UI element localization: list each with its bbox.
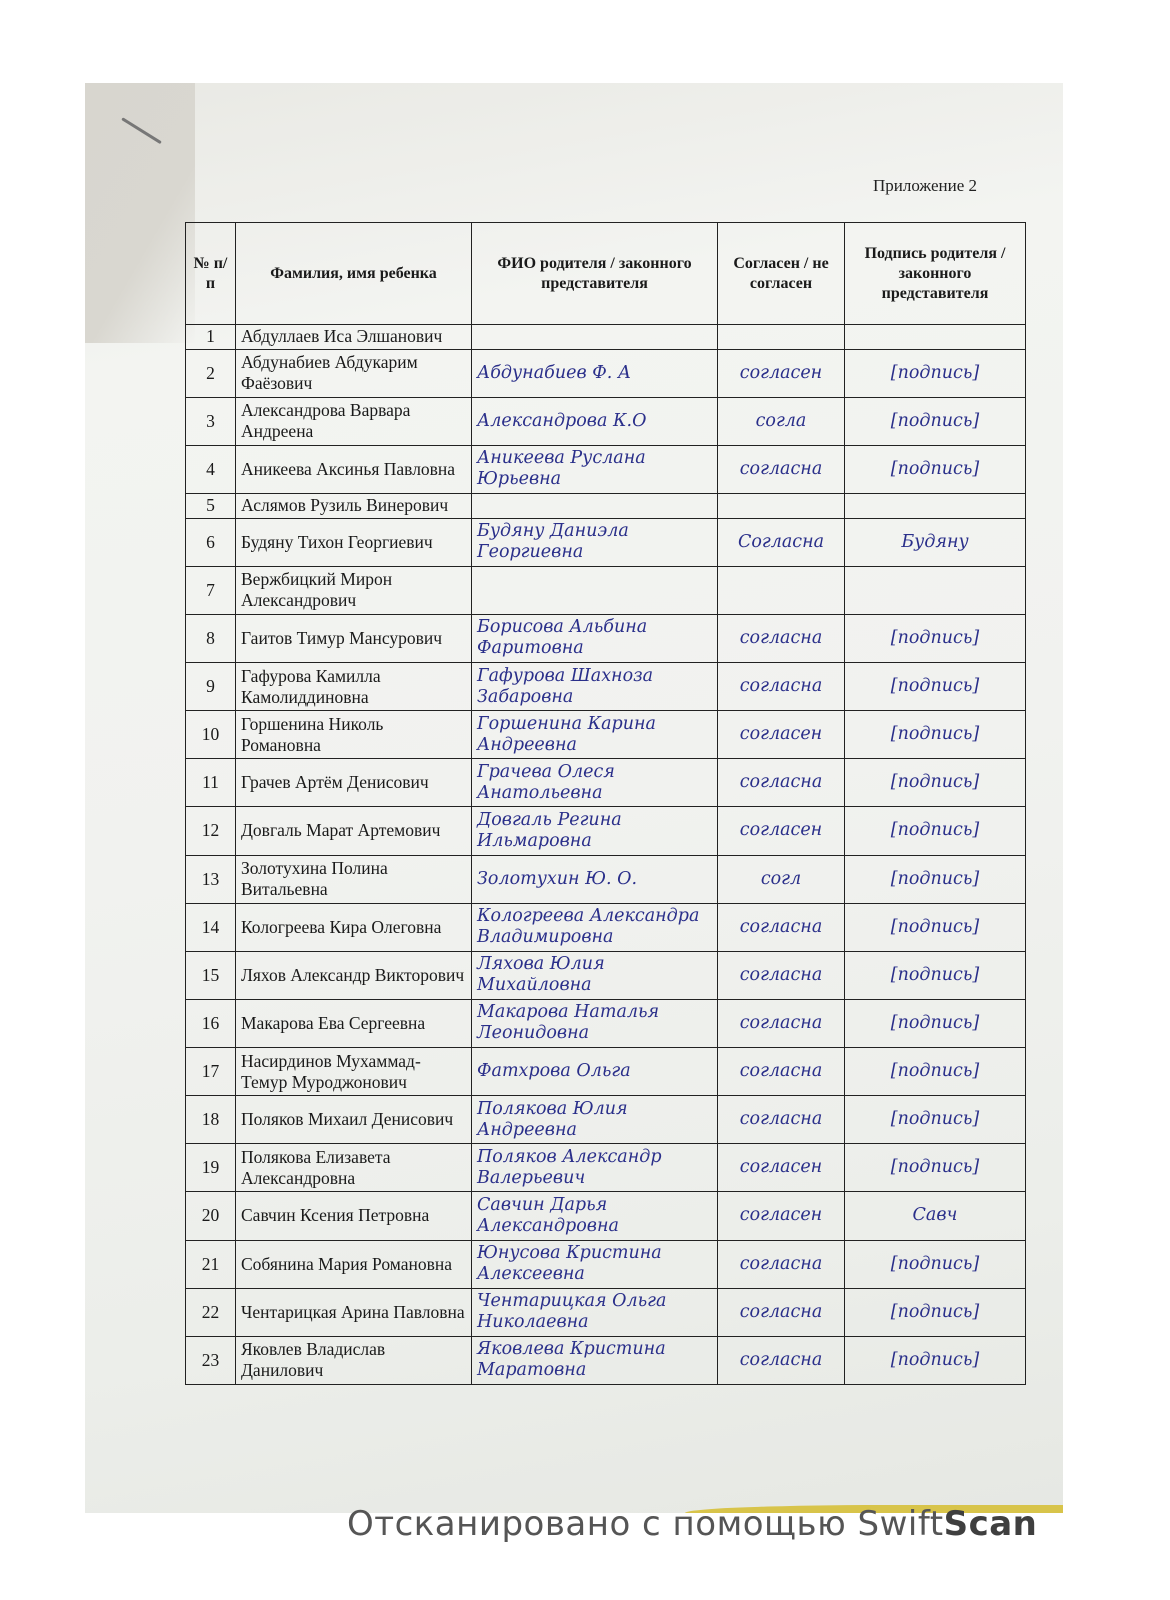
- consent-status: согласна: [718, 614, 845, 662]
- consent-status: согласна: [718, 1048, 845, 1096]
- parent-name: Чентарицкая Ольга Николаевна: [472, 1288, 718, 1336]
- parent-name: Золотухин Ю. О.: [472, 855, 718, 903]
- child-name: Поляков Михаил Денисович: [236, 1096, 472, 1144]
- child-name: Горшенина Николь Романовна: [236, 711, 472, 759]
- consent-status: согл: [718, 855, 845, 903]
- parent-name: Кологреева Александра Владимировна: [472, 903, 718, 951]
- parent-signature: Будяну: [845, 518, 1026, 566]
- consent-status: согласна: [718, 663, 845, 711]
- row-number: 1: [186, 325, 236, 350]
- parent-name: Юнусова Кристина Алексеевна: [472, 1240, 718, 1288]
- row-number: 4: [186, 445, 236, 493]
- parent-signature: [подпись]: [845, 759, 1026, 807]
- scan-watermark: Отсканировано с помощью SwiftScan: [347, 1500, 1037, 1548]
- consent-status: согласна: [718, 999, 845, 1047]
- table-row: 2Абдунабиев Абдукарим ФаёзовичАбдунабиев…: [186, 349, 1026, 397]
- row-number: 17: [186, 1048, 236, 1096]
- table-row: 10Горшенина Николь РомановнаГоршенина Ка…: [186, 711, 1026, 759]
- parent-signature: [подпись]: [845, 855, 1026, 903]
- row-number: 11: [186, 759, 236, 807]
- table-row: 17Насирдинов Мухаммад-Темур Мурoджонович…: [186, 1048, 1026, 1096]
- parent-name: Фатхрова Ольга: [472, 1048, 718, 1096]
- parent-signature: [подпись]: [845, 951, 1026, 999]
- table-row: 1Абдуллаев Иса Элшанович: [186, 325, 1026, 350]
- parent-name: Будяну Даниэла Георгиевна: [472, 518, 718, 566]
- row-number: 12: [186, 807, 236, 855]
- consent-status: [718, 325, 845, 350]
- parent-signature: [подпись]: [845, 903, 1026, 951]
- row-number: 13: [186, 855, 236, 903]
- consent-status: согласен: [718, 711, 845, 759]
- parent-name: Савчин Дарья Александровна: [472, 1192, 718, 1240]
- consent-status: согласен: [718, 349, 845, 397]
- table-row: 11Грачев Артём ДенисовичГрачева Олеся Ан…: [186, 759, 1026, 807]
- consent-status: согласен: [718, 1144, 845, 1192]
- child-name: Абдуллаев Иса Элшанович: [236, 325, 472, 350]
- row-number: 23: [186, 1336, 236, 1384]
- child-name: Золотухина Полина Витальевна: [236, 855, 472, 903]
- table-row: 5Аслямов Рузиль Винерович: [186, 494, 1026, 519]
- table-row: 8Гаитов Тимур МансуровичБорисова Альбина…: [186, 614, 1026, 662]
- child-name: Савчин Ксения Петровна: [236, 1192, 472, 1240]
- consent-table: № п/п Фамилия, имя ребенка ФИО родителя …: [185, 222, 1026, 1385]
- child-name: Чентарицкая Арина Павловна: [236, 1288, 472, 1336]
- row-number: 6: [186, 518, 236, 566]
- table-row: 3Александрова Варвара АндреенаАлександро…: [186, 397, 1026, 445]
- child-name: Полякова Елизавета Александровна: [236, 1144, 472, 1192]
- table-row: 18Поляков Михаил ДенисовичПолякова Юлия …: [186, 1096, 1026, 1144]
- table-row: 19Полякова Елизавета АлександровнаПоляко…: [186, 1144, 1026, 1192]
- row-number: 2: [186, 349, 236, 397]
- child-name: Кологреева Кира Олеговна: [236, 903, 472, 951]
- parent-signature: [подпись]: [845, 349, 1026, 397]
- parent-signature: [845, 325, 1026, 350]
- consent-status: согласна: [718, 1336, 845, 1384]
- parent-name: Александрова К.О: [472, 397, 718, 445]
- consent-status: согласен: [718, 1192, 845, 1240]
- parent-signature: [845, 566, 1026, 614]
- parent-signature: [подпись]: [845, 999, 1026, 1047]
- consent-status: согласен: [718, 807, 845, 855]
- parent-signature: [подпись]: [845, 663, 1026, 711]
- parent-signature: [подпись]: [845, 397, 1026, 445]
- parent-signature: [подпись]: [845, 1336, 1026, 1384]
- table-row: 21Собянина Мария РомановнаЮнусова Кристи…: [186, 1240, 1026, 1288]
- parent-name: [472, 566, 718, 614]
- consent-status: согласна: [718, 951, 845, 999]
- consent-status: согласна: [718, 1096, 845, 1144]
- header-consent: Согласен / не согласен: [718, 223, 845, 325]
- row-number: 9: [186, 663, 236, 711]
- annex-label: Приложение 2: [873, 176, 977, 196]
- child-name: Абдунабиев Абдукарим Фаёзович: [236, 349, 472, 397]
- parent-signature: [подпись]: [845, 614, 1026, 662]
- parent-name: [472, 494, 718, 519]
- consent-status: [718, 566, 845, 614]
- parent-signature: [подпись]: [845, 1048, 1026, 1096]
- parent-signature: [подпись]: [845, 711, 1026, 759]
- row-number: 3: [186, 397, 236, 445]
- child-name: Александрова Варвара Андреена: [236, 397, 472, 445]
- header-number: № п/п: [186, 223, 236, 325]
- parent-name: Аникеева Руслана Юрьевна: [472, 445, 718, 493]
- consent-status: Согласна: [718, 518, 845, 566]
- table-row: 22Чентарицкая Арина ПавловнаЧентарицкая …: [186, 1288, 1026, 1336]
- parent-name: Гафурова Шахноза Забаровна: [472, 663, 718, 711]
- table-row: 6Будяну Тихон ГеоргиевичБудяну Даниэла Г…: [186, 518, 1026, 566]
- row-number: 14: [186, 903, 236, 951]
- child-name: Вержбицкий Мирон Александрович: [236, 566, 472, 614]
- consent-status: [718, 494, 845, 519]
- header-signature: Подпись родителя / законного представите…: [845, 223, 1026, 325]
- table-row: 12Довгаль Марат АртемовичДовгаль Регина …: [186, 807, 1026, 855]
- parent-signature: [подпись]: [845, 1240, 1026, 1288]
- consent-status: согласна: [718, 445, 845, 493]
- row-number: 21: [186, 1240, 236, 1288]
- child-name: Довгаль Марат Артемович: [236, 807, 472, 855]
- parent-name: Борисова Альбина Фаритовна: [472, 614, 718, 662]
- child-name: Яковлев Владислав Данилович: [236, 1336, 472, 1384]
- parent-name: Абдунабиев Ф. А: [472, 349, 718, 397]
- table-row: 4Аникеева Аксинья ПавловнаАникеева Русла…: [186, 445, 1026, 493]
- watermark-brand: Scan: [944, 1504, 1038, 1544]
- child-name: Гаитов Тимур Мансурович: [236, 614, 472, 662]
- child-name: Будяну Тихон Георгиевич: [236, 518, 472, 566]
- consent-status: согласна: [718, 1240, 845, 1288]
- row-number: 8: [186, 614, 236, 662]
- table-header-row: № п/п Фамилия, имя ребенка ФИО родителя …: [186, 223, 1026, 325]
- row-number: 10: [186, 711, 236, 759]
- parent-name: Макарова Наталья Леонидовна: [472, 999, 718, 1047]
- parent-signature: [подпись]: [845, 1096, 1026, 1144]
- parent-name: Грачева Олеся Анатольевна: [472, 759, 718, 807]
- consent-status: согласна: [718, 759, 845, 807]
- consent-status: согласна: [718, 903, 845, 951]
- parent-signature: [845, 494, 1026, 519]
- header-parent-name: ФИО родителя / законного представителя: [472, 223, 718, 325]
- row-number: 15: [186, 951, 236, 999]
- parent-signature: Савч: [845, 1192, 1026, 1240]
- table-row: 23Яковлев Владислав ДаниловичЯковлева Кр…: [186, 1336, 1026, 1384]
- consent-status: согла: [718, 397, 845, 445]
- paper-shadow: [85, 83, 195, 343]
- parent-name: [472, 325, 718, 350]
- row-number: 22: [186, 1288, 236, 1336]
- child-name: Насирдинов Мухаммад-Темур Мурoджонович: [236, 1048, 472, 1096]
- child-name: Собянина Мария Романовна: [236, 1240, 472, 1288]
- child-name: Грачев Артём Денисович: [236, 759, 472, 807]
- row-number: 5: [186, 494, 236, 519]
- header-child-name: Фамилия, имя ребенка: [236, 223, 472, 325]
- parent-name: Яковлева Кристина Маратовна: [472, 1336, 718, 1384]
- child-name: Аслямов Рузиль Винерович: [236, 494, 472, 519]
- table-row: 20Савчин Ксения ПетровнаСавчин Дарья Але…: [186, 1192, 1026, 1240]
- table-row: 16Макарова Ева СергеевнаМакарова Наталья…: [186, 999, 1026, 1047]
- parent-signature: [подпись]: [845, 1288, 1026, 1336]
- parent-name: Полякова Юлия Андреевна: [472, 1096, 718, 1144]
- table-row: 15Ляхов Александр ВикторовичЛяхова Юлия …: [186, 951, 1026, 999]
- table-row: 13Золотухина Полина ВитальевнаЗолотухин …: [186, 855, 1026, 903]
- parent-signature: [подпись]: [845, 1144, 1026, 1192]
- parent-signature: [подпись]: [845, 807, 1026, 855]
- child-name: Макарова Ева Сергеевна: [236, 999, 472, 1047]
- row-number: 7: [186, 566, 236, 614]
- parent-signature: [подпись]: [845, 445, 1026, 493]
- parent-name: Поляков Александр Валерьевич: [472, 1144, 718, 1192]
- watermark-prefix: Отсканировано с помощью Swift: [347, 1504, 944, 1544]
- child-name: Аникеева Аксинья Павловна: [236, 445, 472, 493]
- table-row: 14Кологреева Кира ОлеговнаКологреева Але…: [186, 903, 1026, 951]
- table-row: 7Вержбицкий Мирон Александрович: [186, 566, 1026, 614]
- row-number: 20: [186, 1192, 236, 1240]
- row-number: 19: [186, 1144, 236, 1192]
- child-name: Ляхов Александр Викторович: [236, 951, 472, 999]
- parent-name: Ляхова Юлия Михайловна: [472, 951, 718, 999]
- child-name: Гафурова Камилла Камолиддиновна: [236, 663, 472, 711]
- parent-name: Горшенина Карина Андреевна: [472, 711, 718, 759]
- consent-status: согласна: [718, 1288, 845, 1336]
- parent-name: Довгаль Регина Ильмаровна: [472, 807, 718, 855]
- table-row: 9Гафурова Камилла КамолиддиновнаГафурова…: [186, 663, 1026, 711]
- row-number: 18: [186, 1096, 236, 1144]
- row-number: 16: [186, 999, 236, 1047]
